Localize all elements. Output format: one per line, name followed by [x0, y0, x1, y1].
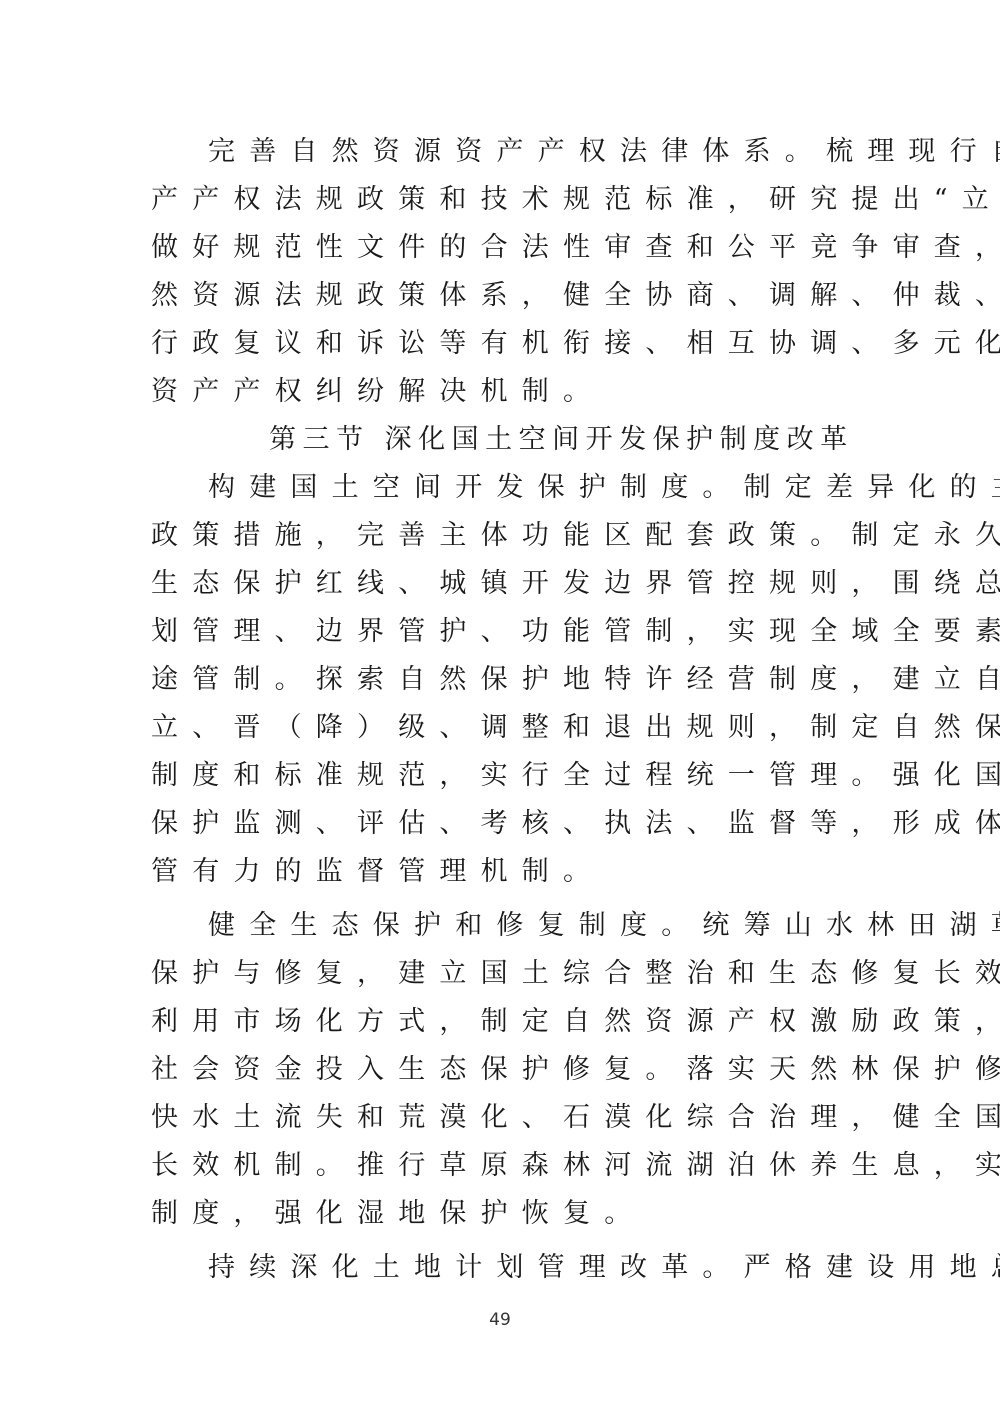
- text-line: 行政复议和诉讼等有机衔接、相互协调、多元化的自然资源: [151, 320, 871, 368]
- paragraph-property-rights-law: 完善自然资源资产产权法律体系。梳理现行自然资源资 产产权法规政策和技术规范标准，…: [151, 128, 871, 416]
- text-line: 划管理、边界管护、功能管制，实现全域全要素国土空间用: [151, 608, 871, 656]
- text-line: 利用市场化方式，制定自然资源产权激励政策，鼓励和引导: [151, 998, 871, 1046]
- text-line: 政策措施，完善主体功能区配套政策。制定永久基本农田、: [151, 512, 871, 560]
- text-line: 产产权法规政策和技术规范标准，研究提出“立改废”措施，: [151, 176, 871, 224]
- paragraph-spatial-development: 构建国土空间开发保护制度。制定差异化的主体功能区 政策措施，完善主体功能区配套政…: [151, 464, 871, 896]
- text-line: 然资源法规政策体系，健全协商、调解、仲裁、行政裁决、: [151, 272, 871, 320]
- text-line: 制度和标准规范，实行全过程统一管理。强化国土空间开发: [151, 752, 871, 800]
- text-line: 长效机制。推行草原森林河流湖泊休养生息，实施耕地轮作: [151, 1142, 871, 1190]
- page-number: 49: [0, 1310, 1000, 1330]
- paragraph-ecological-restoration: 健全生态保护和修复制度。统筹山水林田湖草沙一体化 保护与修复，建立国土综合整治和…: [151, 902, 871, 1238]
- text-line: 持续深化土地计划管理改革。严格建设用地总量控制，: [151, 1244, 871, 1292]
- text-line: 做好规范性文件的合法性审查和公平竞争审查，协同构建自: [151, 224, 871, 272]
- text-line: 立、晋（降）级、调整和退出规则，制定自然保护地政策、: [151, 704, 871, 752]
- paragraph-land-planning: 持续深化土地计划管理改革。严格建设用地总量控制，: [151, 1244, 871, 1292]
- text-line: 管有力的监督管理机制。: [151, 848, 871, 896]
- document-page: 完善自然资源资产产权法律体系。梳理现行自然资源资 产产权法规政策和技术规范标准，…: [151, 128, 871, 1292]
- text-line: 快水土流失和荒漠化、石漠化综合治理，健全国土山川绿化: [151, 1094, 871, 1142]
- text-line: 生态保护红线、城镇开发边界管控规则，围绕总量管控、计: [151, 560, 871, 608]
- text-line: 制度，强化湿地保护恢复。: [151, 1190, 871, 1238]
- text-line: 途管制。探索自然保护地特许经营制度，建立自然保护地设: [151, 656, 871, 704]
- text-line: 健全生态保护和修复制度。统筹山水林田湖草沙一体化: [151, 902, 871, 950]
- text-line: 保护监测、评估、考核、执法、监督等，形成体系完善、监: [151, 800, 871, 848]
- text-line: 完善自然资源资产产权法律体系。梳理现行自然资源资: [151, 128, 871, 176]
- text-line: 资产产权纠纷解决机制。: [151, 368, 871, 416]
- text-line: 保护与修复，建立国土综合整治和生态修复长效机制。探索: [151, 950, 871, 998]
- section-heading: 第三节 深化国土空间开发保护制度改革: [151, 416, 871, 464]
- text-line: 构建国土空间开发保护制度。制定差异化的主体功能区: [151, 464, 871, 512]
- text-line: 社会资金投入生态保护修复。落实天然林保护修复制度，加: [151, 1046, 871, 1094]
